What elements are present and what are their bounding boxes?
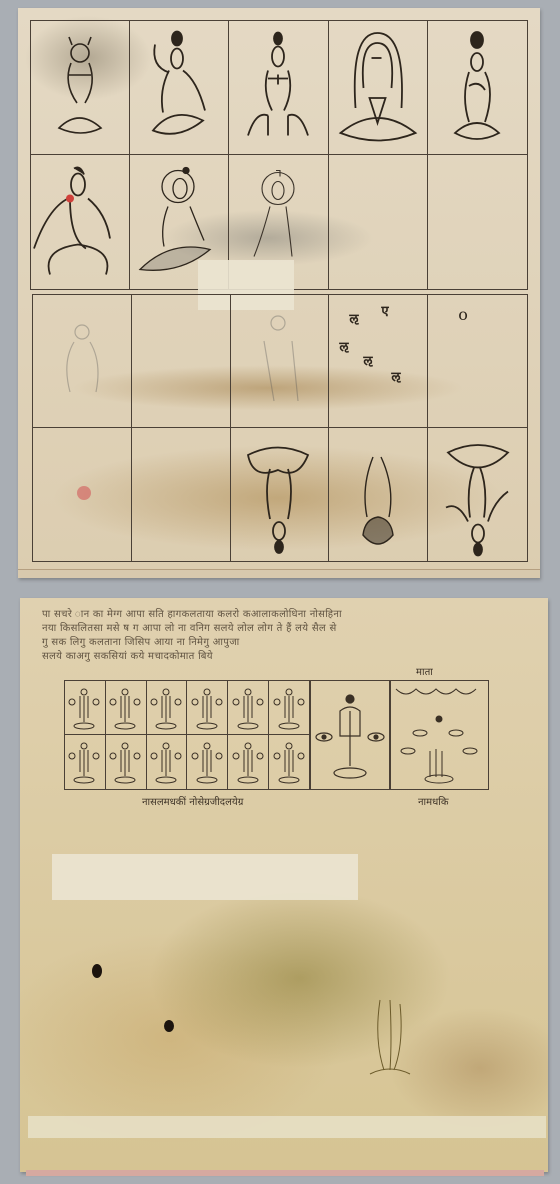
manuscript-text-line: गु सक लिगु कलताना जिसिप आया ना निमेगु आप… xyxy=(42,634,534,648)
manuscript-text-line: सलये काअगु सकसियां कये मचादकोमात बिये xyxy=(42,648,534,662)
upper-figure-grid xyxy=(30,20,528,290)
grid-cell: o xyxy=(428,295,527,428)
grid-cell xyxy=(231,295,330,428)
manuscript-text-line: नया किसलितसा मसे ष ग आपा लो ना वनिग सलये… xyxy=(42,620,534,634)
symbol-mark: ऌ xyxy=(391,367,400,385)
upper-folio: ऌ ए ऌ ऌ ऌ o xyxy=(18,8,540,578)
seated-figure-raised-arm-icon xyxy=(139,30,219,145)
seated-figure-red-mark-icon xyxy=(30,165,130,280)
grid-cell xyxy=(428,21,527,155)
grid-cell xyxy=(329,21,428,155)
grid-cell xyxy=(229,21,328,155)
caption-left: नासलमधकीं नोसेग्रजीदलयेग्र xyxy=(142,794,243,808)
grid-cell xyxy=(31,21,130,155)
manuscript-text-line: पा सचरे ान का मेग्ग आपा सति हागकलताया कल… xyxy=(42,606,534,620)
repair-tape xyxy=(52,854,358,900)
worm-hole xyxy=(164,1020,174,1032)
grid-cell xyxy=(428,428,527,561)
seated-figure-icon xyxy=(45,33,115,143)
inverted-figure-icon xyxy=(343,435,413,555)
folio-edge xyxy=(26,1170,544,1176)
grid-cell xyxy=(130,21,229,155)
grid-cell xyxy=(231,428,330,561)
grid-cell xyxy=(31,155,130,289)
multi-figure-panel xyxy=(389,680,489,790)
miniature-figures-icon xyxy=(64,680,309,788)
grid-cell xyxy=(33,428,132,561)
symbol-mark: ऌ xyxy=(349,309,358,327)
symbol-mark: ऌ xyxy=(339,337,348,355)
faint-sketch-icon xyxy=(360,994,420,1084)
grid-cell-empty xyxy=(428,155,527,289)
grid-cell xyxy=(33,295,132,428)
central-figure-panel xyxy=(309,680,391,790)
grid-cell-empty xyxy=(132,295,231,428)
lower-figure-grid: ऌ ए ऌ ऌ ऌ o xyxy=(32,294,528,562)
circle-mark: o xyxy=(458,305,468,324)
grid-cell-empty xyxy=(132,428,231,561)
inverted-figure-icon xyxy=(438,432,518,557)
faint-figure-icon xyxy=(52,316,112,406)
grid-cell xyxy=(329,428,428,561)
deities-with-eyes-icon xyxy=(390,681,488,789)
worm-hole xyxy=(92,964,102,978)
seated-figure-haloed-icon xyxy=(335,28,420,148)
faint-figure-icon xyxy=(244,311,314,411)
grid-cell-empty xyxy=(329,155,428,289)
standing-figure-with-eyes-icon xyxy=(310,681,390,789)
inverted-figure-icon xyxy=(244,435,314,555)
seated-figure-joined-hands-icon xyxy=(238,30,318,145)
folio-edge xyxy=(18,569,540,578)
repair-tape xyxy=(28,1116,546,1138)
red-stain xyxy=(77,486,91,500)
grid-cell-symbols: ऌ ए ऌ ऌ ऌ xyxy=(329,295,428,428)
lower-folio: पा सचरे ान का मेग्ग आपा सति हागकलताया कल… xyxy=(20,598,548,1172)
caption-right: नामधकि xyxy=(418,794,449,808)
symbol-mark: ए xyxy=(381,301,388,319)
symbol-mark: ऌ xyxy=(363,351,372,369)
standing-figure-topknot-icon xyxy=(447,28,507,148)
panel-label: माता xyxy=(416,664,433,678)
